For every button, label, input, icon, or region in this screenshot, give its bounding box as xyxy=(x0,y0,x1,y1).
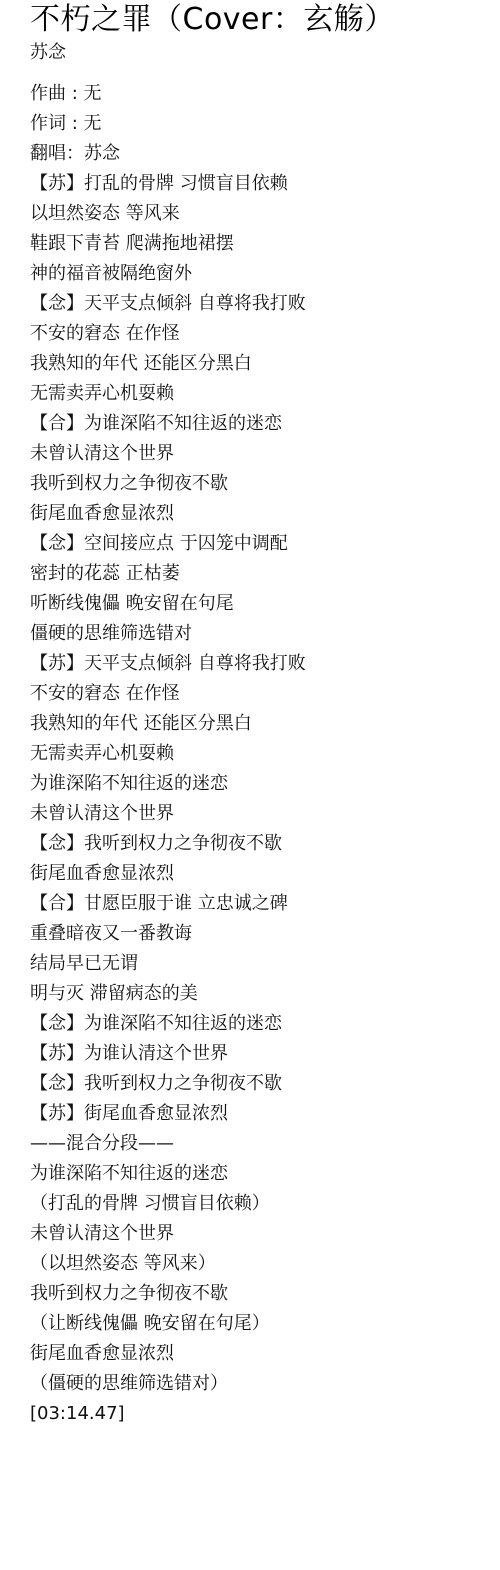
lyric-line: 未曾认清这个世界 xyxy=(30,439,490,469)
lyrics-page: 不朽之罪（Cover：玄觞） 苏念 作曲 : 无 作词 : 无 翻唱：苏念 【苏… xyxy=(30,0,490,1429)
lyric-line: 神的福音被隔绝窗外 xyxy=(30,259,490,289)
credit-composer: 作曲 : 无 xyxy=(30,79,490,109)
lyric-line: 【念】我听到权力之争彻夜不歇 xyxy=(30,1069,490,1099)
lyric-line: 我听到权力之争彻夜不歇 xyxy=(30,469,490,499)
lyric-line: 【苏】街尾血香愈显浓烈 xyxy=(30,1099,490,1129)
credit-lyricist: 作词 : 无 xyxy=(30,109,490,139)
end-timestamp: [03:14.47] xyxy=(30,1399,490,1429)
lyric-line: 我听到权力之争彻夜不歇 xyxy=(30,1279,490,1309)
lyrics-body: 作曲 : 无 作词 : 无 翻唱：苏念 【苏】打乱的骨牌 习惯盲目依赖 以坦然姿… xyxy=(30,79,490,1429)
lyric-line: （让断线傀儡 晚安留在句尾） xyxy=(30,1309,490,1339)
lyric-line: 街尾血香愈显浓烈 xyxy=(30,1339,490,1369)
lyric-line: 不安的窘态 在作怪 xyxy=(30,319,490,349)
lyric-line: 街尾血香愈显浓烈 xyxy=(30,499,490,529)
lyric-line: 结局早已无谓 xyxy=(30,949,490,979)
lyric-line: 【念】我听到权力之争彻夜不歇 xyxy=(30,829,490,859)
lyric-line: 【合】为谁深陷不知往返的迷恋 xyxy=(30,409,490,439)
credit-cover-singer: 翻唱：苏念 xyxy=(30,139,490,169)
song-artist: 苏念 xyxy=(30,39,490,67)
lyric-line: 为谁深陷不知往返的迷恋 xyxy=(30,1159,490,1189)
lyric-line: 明与灭 滞留病态的美 xyxy=(30,979,490,1009)
lyric-line: 【苏】打乱的骨牌 习惯盲目依赖 xyxy=(30,169,490,199)
lyric-line: 鞋跟下青苔 爬满拖地裙摆 xyxy=(30,229,490,259)
lyric-line: 僵硬的思维筛选错对 xyxy=(30,619,490,649)
lyric-line: 听断线傀儡 晚安留在句尾 xyxy=(30,589,490,619)
lyric-line: （以坦然姿态 等风来） xyxy=(30,1249,490,1279)
lyric-line: 【念】为谁深陷不知往返的迷恋 xyxy=(30,1009,490,1039)
lyric-line: 为谁深陷不知往返的迷恋 xyxy=(30,769,490,799)
lyric-line: 无需卖弄心机耍赖 xyxy=(30,739,490,769)
lyric-line: 重叠暗夜又一番教诲 xyxy=(30,919,490,949)
lyric-line: 【合】甘愿臣服于谁 立忠诚之碑 xyxy=(30,889,490,919)
lyric-line: （僵硬的思维筛选错对） xyxy=(30,1369,490,1399)
lyric-line: 街尾血香愈显浓烈 xyxy=(30,859,490,889)
lyric-line: 【念】天平支点倾斜 自尊将我打败 xyxy=(30,289,490,319)
section-divider: ——混合分段—— xyxy=(30,1129,490,1159)
lyric-line: 无需卖弄心机耍赖 xyxy=(30,379,490,409)
lyric-line: 【苏】天平支点倾斜 自尊将我打败 xyxy=(30,649,490,679)
lyric-line: 以坦然姿态 等风来 xyxy=(30,199,490,229)
lyric-line: （打乱的骨牌 习惯盲目依赖） xyxy=(30,1189,490,1219)
lyric-line: 我熟知的年代 还能区分黑白 xyxy=(30,349,490,379)
lyric-line: 我熟知的年代 还能区分黑白 xyxy=(30,709,490,739)
lyric-line: 【苏】为谁认清这个世界 xyxy=(30,1039,490,1069)
lyric-line: 未曾认清这个世界 xyxy=(30,1219,490,1249)
lyric-line: 不安的窘态 在作怪 xyxy=(30,679,490,709)
lyric-line: 密封的花蕊 正枯萎 xyxy=(30,559,490,589)
lyric-line: 【念】空间接应点 于囚笼中调配 xyxy=(30,529,490,559)
lyric-line: 未曾认清这个世界 xyxy=(30,799,490,829)
song-title: 不朽之罪（Cover：玄觞） xyxy=(30,0,490,39)
